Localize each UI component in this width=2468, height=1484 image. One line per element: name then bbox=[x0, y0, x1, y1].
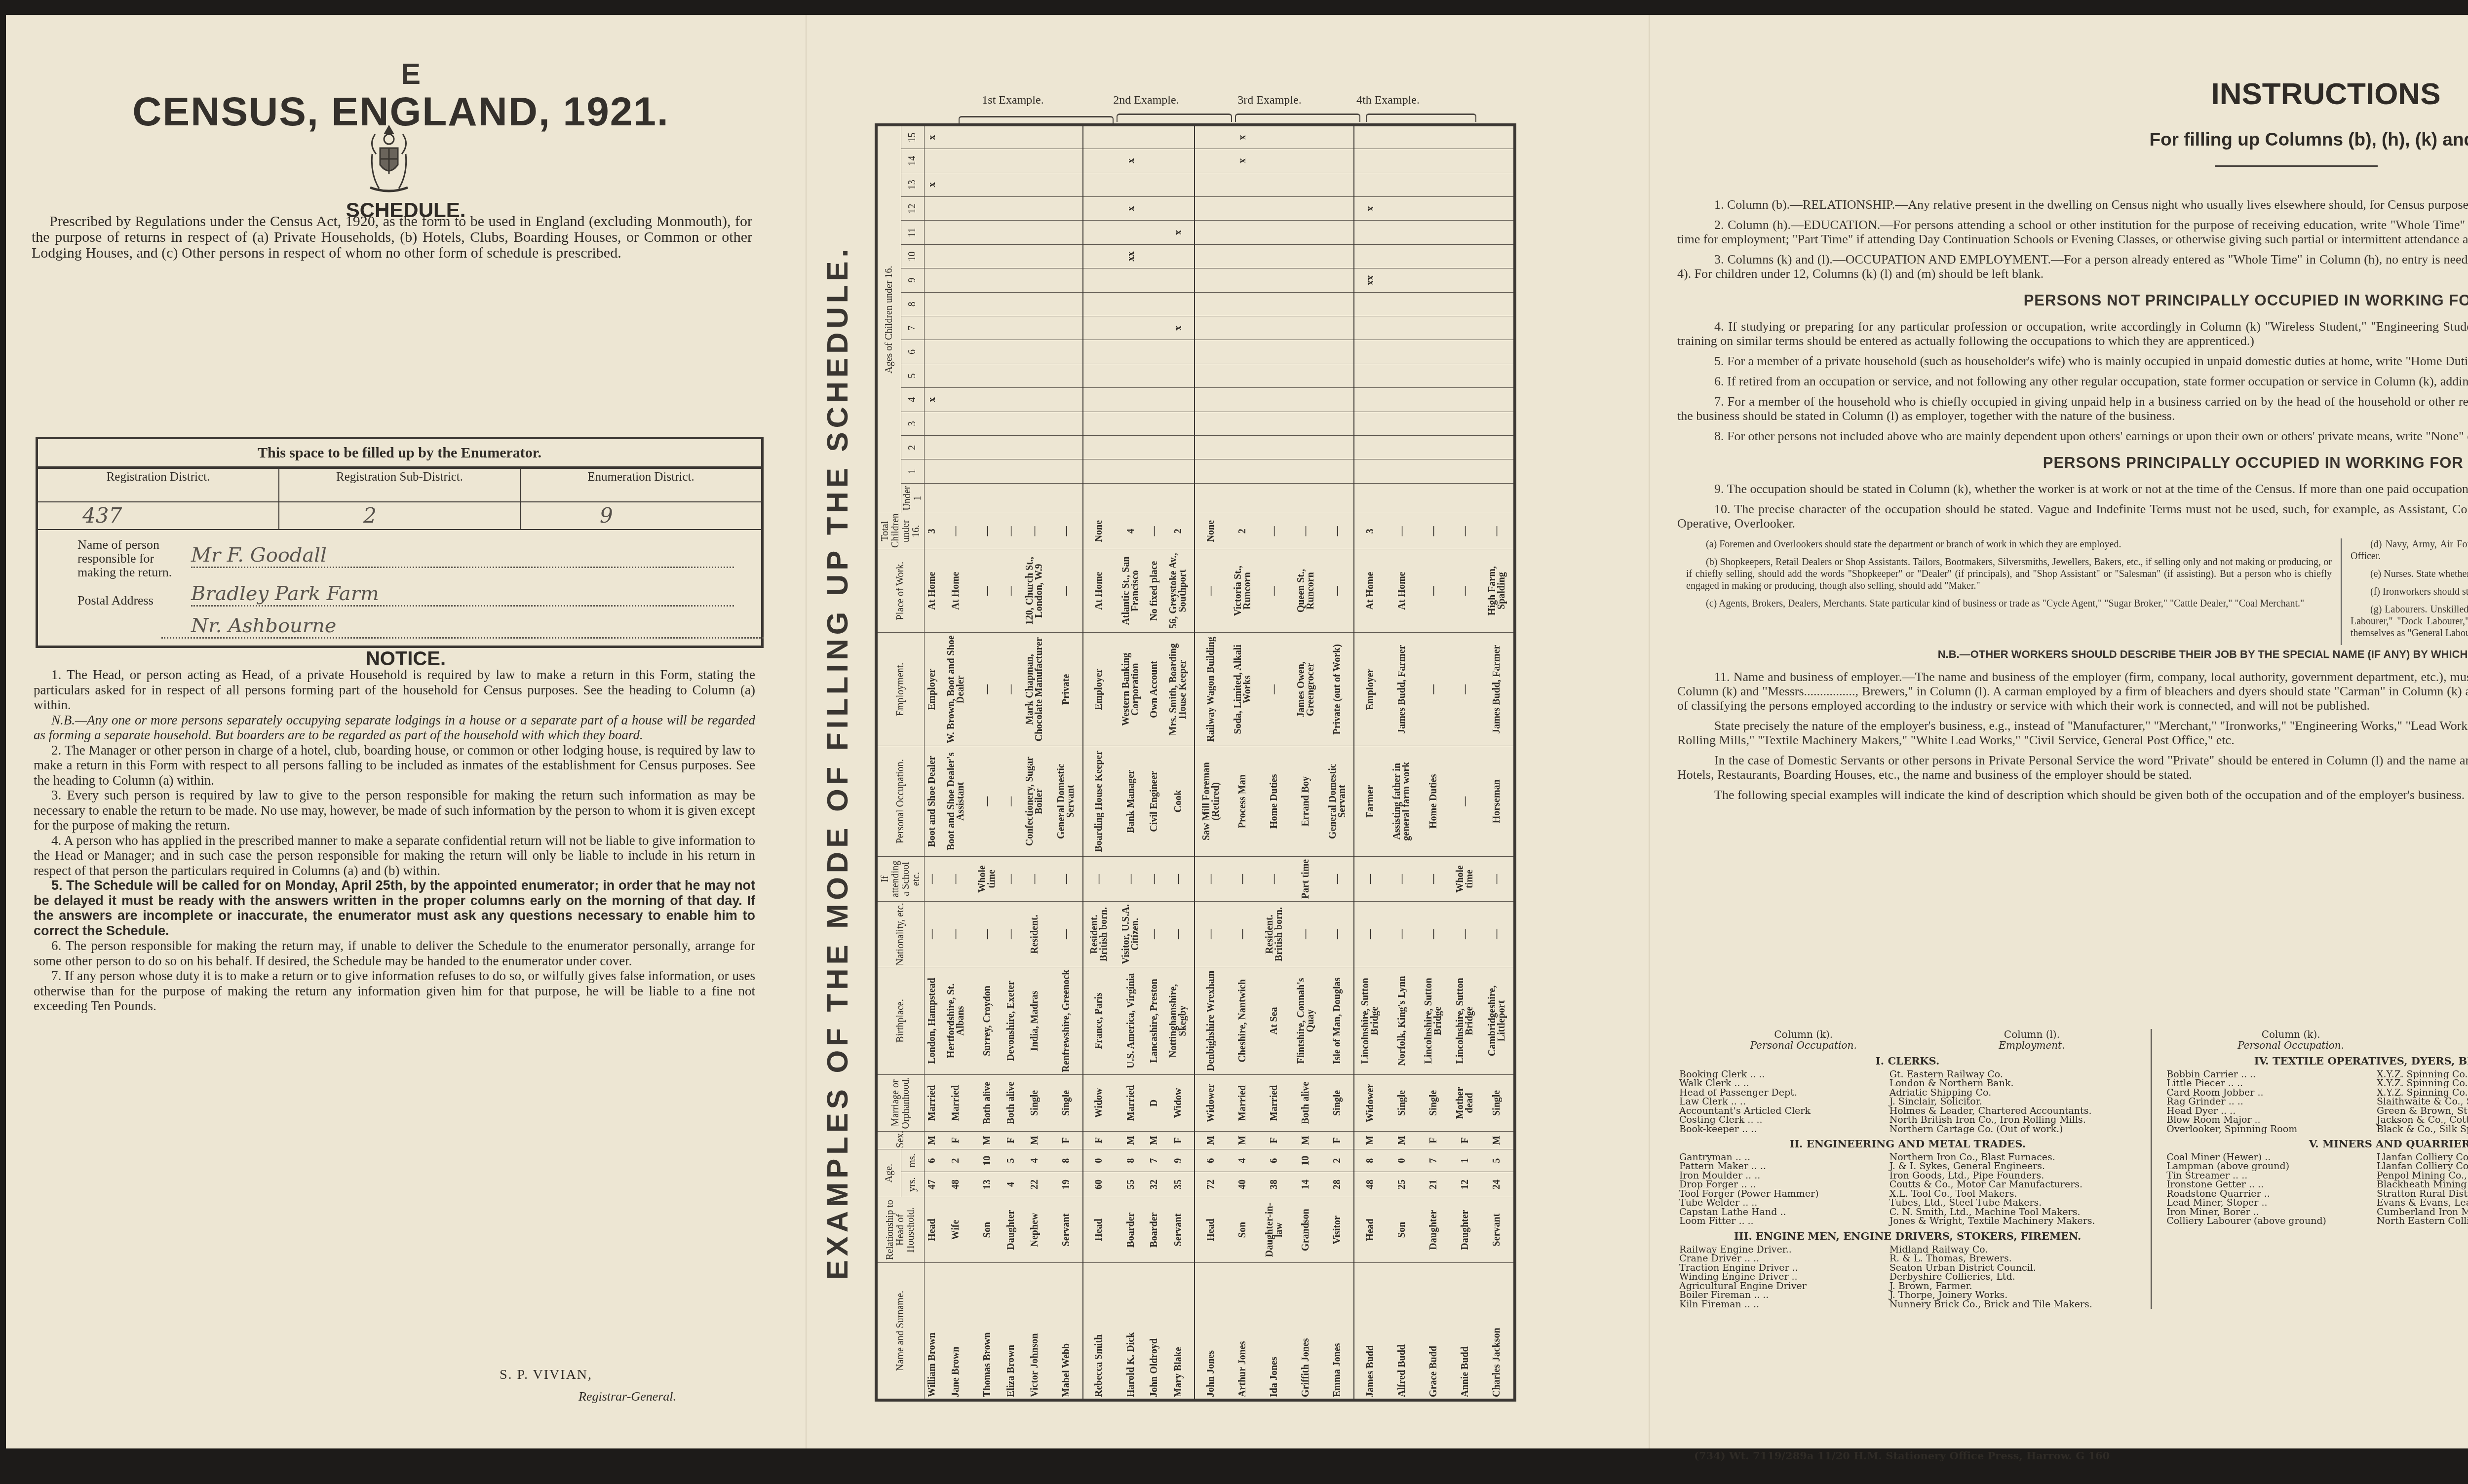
notice-item: 1. The Head, or person acting as Head, o… bbox=[34, 667, 755, 713]
example-row: Annie BuddDaughter121FMother deadLincoln… bbox=[1449, 125, 1481, 1400]
signature: S. P. VIVIAN, bbox=[500, 1367, 592, 1383]
notice-item: 2. The Manager or other person in charge… bbox=[34, 743, 755, 788]
notice-item: N.B.—Any one or more persons separately … bbox=[34, 713, 755, 743]
column-header: Column (k).Personal Occupation.Column (l… bbox=[2166, 1029, 2468, 1051]
example-row: Charles JacksonServant245MSingleCambridg… bbox=[1481, 125, 1515, 1400]
examples-title: EXAMPLES OF THE MODE OF FILLING UP THE S… bbox=[820, 123, 854, 1402]
example-row: Ida JonesDaughter-in-law386FMarriedAt Se… bbox=[1259, 125, 1290, 1400]
example-row: John JonesHead726MWidowerDenbighshire Wr… bbox=[1195, 125, 1227, 1400]
category-heading: I. CLERKS. bbox=[1679, 1058, 2136, 1065]
category-heading: V. MINERS AND QUARRIERS. bbox=[2166, 1141, 2468, 1148]
example-row: Mabel WebbServant198FSingleRenfrewshire,… bbox=[1050, 125, 1083, 1400]
form-letter: E bbox=[129, 57, 692, 91]
example-row: John OldroydBoarder327MDLancashire, Pres… bbox=[1147, 125, 1162, 1400]
example-row: Harold K. DickBoarder558MMarriedU.S. Ame… bbox=[1115, 125, 1147, 1400]
enumerator-box: This space to be filled up by the Enumer… bbox=[36, 437, 764, 648]
examples-column: Column (k).Personal Occupation.Column (l… bbox=[1664, 1029, 2151, 1309]
postal-address-label: Postal Address bbox=[77, 593, 154, 608]
example-entry: Colliery Labourer (above ground)North Ea… bbox=[2166, 1217, 2468, 1226]
registration-sub-district-value[interactable]: 2 bbox=[279, 502, 520, 529]
example-row: Mary BlakeServant359FWidowNottinghamshir… bbox=[1162, 125, 1195, 1400]
notice-list: 1. The Head, or person acting as Head, o… bbox=[34, 667, 755, 1014]
section-heading: PERSONS NOT PRINCIPALLY OCCUPIED IN WORK… bbox=[1677, 292, 2468, 309]
example-label: 3rd Example. bbox=[1215, 94, 1324, 107]
example-row: Eliza BrownDaughter45FBoth aliveDevonshi… bbox=[1003, 125, 1019, 1400]
example-row: Victor JohnsonNephew224MSingleIndia, Mad… bbox=[1019, 125, 1050, 1400]
notice-item: 5. The Schedule will be called for on Mo… bbox=[34, 878, 755, 938]
occupation-guidance: (a) Foremen and Overlookers should state… bbox=[1677, 538, 2468, 645]
royal-coat-of-arms-icon bbox=[365, 124, 413, 196]
example-label: 4th Example. bbox=[1334, 94, 1442, 107]
enumerator-box-heading: This space to be filled up by the Enumer… bbox=[38, 439, 761, 469]
example-row: Grace BuddDaughter217FSingleLincolnshire… bbox=[1418, 125, 1449, 1400]
example-label: 1st Example. bbox=[959, 94, 1067, 107]
example-entry: Loom Fitter .. ..Jones & Wright, Textile… bbox=[1679, 1217, 2136, 1226]
example-brace bbox=[1235, 114, 1360, 122]
example-entry: Blow Room Major ..Jackson & Co., Cotton … bbox=[2166, 1115, 2468, 1125]
example-entry: Rag Grinder .. ..Slaithwaite & Co., Shod… bbox=[2166, 1097, 2468, 1106]
registration-sub-district: Registration Sub-District. 2 bbox=[279, 469, 521, 529]
responsible-person-label: Name of person responsible for making th… bbox=[77, 538, 176, 579]
section-heading: PERSONS PRINCIPALLY OCCUPIED IN WORKING … bbox=[1677, 454, 2468, 472]
example-entry: Overlooker, Spinning RoomBlack & Co., Si… bbox=[2166, 1125, 2468, 1134]
example-row: William BrownHead476MMarriedLondon, Hamp… bbox=[924, 125, 940, 1400]
example-row: Arthur JonesSon404MMarriedCheshire, Nant… bbox=[1227, 125, 1259, 1400]
example-entry: Kiln Fireman .. ..Nunnery Brick Co., Bri… bbox=[1679, 1300, 2136, 1309]
prescribed-text: Prescribed by Regulations under the Cens… bbox=[32, 214, 752, 261]
example-brace bbox=[1366, 114, 1476, 122]
notice-item: 3. Every such person is required by law … bbox=[34, 788, 755, 833]
divider bbox=[2215, 165, 2378, 167]
enumeration-district-value[interactable]: 9 bbox=[521, 502, 761, 529]
print-footer: (734) Wt. 7119/289a 11/20 H.M. Stationer… bbox=[1694, 1449, 2110, 1462]
example-row: Jane BrownWife482FMarriedHertfordshire, … bbox=[940, 125, 972, 1400]
example-brace bbox=[1117, 114, 1232, 122]
instructions-title: INSTRUCTIONS bbox=[1655, 76, 2468, 112]
example-row: Rebecca SmithHead600FWidowFrance, ParisR… bbox=[1083, 125, 1116, 1400]
instructions-body: 1. Column (b).—RELATIONSHIP.—Any relativ… bbox=[1677, 197, 2468, 808]
example-entry: Costing Clerk .. ..North British Iron Co… bbox=[1679, 1115, 2136, 1125]
example-row: Emma JonesVisitor282FSingleIsle of Man, … bbox=[1321, 125, 1354, 1400]
examples-table: Name and Surname. Relationship to Head o… bbox=[875, 123, 1516, 1402]
nb-note: N.B.—OTHER WORKERS SHOULD DESCRIBE THEIR… bbox=[1677, 648, 2468, 661]
occupation-examples: Column (k).Personal Occupation.Column (l… bbox=[1664, 1029, 2468, 1309]
example-row: Griffith JonesGrandson1410MBoth aliveFli… bbox=[1290, 125, 1322, 1400]
examples-panel: 1st Example. 2nd Example. 3rd Example. 4… bbox=[810, 15, 1650, 1448]
category-heading: II. ENGINEERING AND METAL TRADES. bbox=[1679, 1141, 2136, 1148]
example-entry: Winding Engine Driver ..Derbyshire Colli… bbox=[1679, 1272, 2136, 1282]
enumeration-district: Enumeration District. 9 bbox=[521, 469, 761, 529]
signature-title: Registrar-General. bbox=[578, 1389, 676, 1404]
registration-district-value[interactable]: 437 bbox=[38, 502, 278, 529]
example-entry: Book-keeper .. ..Northern Cartage Co. (O… bbox=[1679, 1125, 2136, 1134]
example-entry: Walk Clerk .. ..London & Northern Bank. bbox=[1679, 1079, 2136, 1088]
instructions-panel: INSTRUCTIONS For filling up Columns (b),… bbox=[1655, 15, 2468, 1448]
instructions-subtitle: For filling up Columns (b), (h), (k) and… bbox=[1655, 129, 2468, 150]
example-entry: Law Clerk .. ..J. Sinclair, Solicitor. bbox=[1679, 1097, 2136, 1106]
category-heading: IV. TEXTILE OPERATIVES, DYERS, BLEACHERS… bbox=[2166, 1058, 2468, 1065]
example-row: Alfred BuddSon250MSingleNorfolk, King's … bbox=[1386, 125, 1418, 1400]
census-schedule-sheet: E CENSUS, ENGLAND, 1921. SCHEDULE. Presc… bbox=[6, 15, 2468, 1448]
notice-item: 6. The person responsible for making the… bbox=[34, 938, 755, 968]
schedule-cover-panel: E CENSUS, ENGLAND, 1921. SCHEDULE. Presc… bbox=[6, 15, 806, 1448]
example-entry: Little Piecer .. ..X.Y.Z. Spinning Co., … bbox=[2166, 1079, 2468, 1088]
examples-table-rotated: EXAMPLES OF THE MODE OF FILLING UP THE S… bbox=[875, 123, 1581, 1402]
example-row: Thomas BrownSon1310MBoth aliveSurrey, Cr… bbox=[972, 125, 1003, 1400]
postal-address-line2[interactable]: Nr. Ashbourne bbox=[161, 614, 764, 639]
examples-column: Column (k).Personal Occupation.Column (l… bbox=[2151, 1029, 2468, 1309]
example-entry: Crane Driver .. ..R. & L. Thomas, Brewer… bbox=[1679, 1254, 2136, 1263]
example-row: James BuddHead488MWidowerLincolnshire, S… bbox=[1354, 125, 1387, 1400]
notice-item: 7. If any person whose duty it is to mak… bbox=[34, 968, 755, 1014]
example-label: 2nd Example. bbox=[1092, 94, 1200, 107]
postal-address-line1[interactable]: Bradley Park Farm bbox=[191, 582, 734, 607]
notice-item: 4. A person who has applied in the presc… bbox=[34, 833, 755, 878]
example-entry: Boiler Fireman .. ..J. Thorpe, Joinery W… bbox=[1679, 1291, 2136, 1300]
category-heading: III. ENGINE MEN, ENGINE DRIVERS, STOKERS… bbox=[1679, 1233, 2136, 1240]
fold-line bbox=[806, 15, 807, 1448]
responsible-person-value[interactable]: Mr F. Goodall bbox=[191, 544, 734, 568]
registration-district: Registration District. 437 bbox=[38, 469, 279, 529]
column-header: Column (k).Personal Occupation.Column (l… bbox=[1679, 1029, 2136, 1051]
